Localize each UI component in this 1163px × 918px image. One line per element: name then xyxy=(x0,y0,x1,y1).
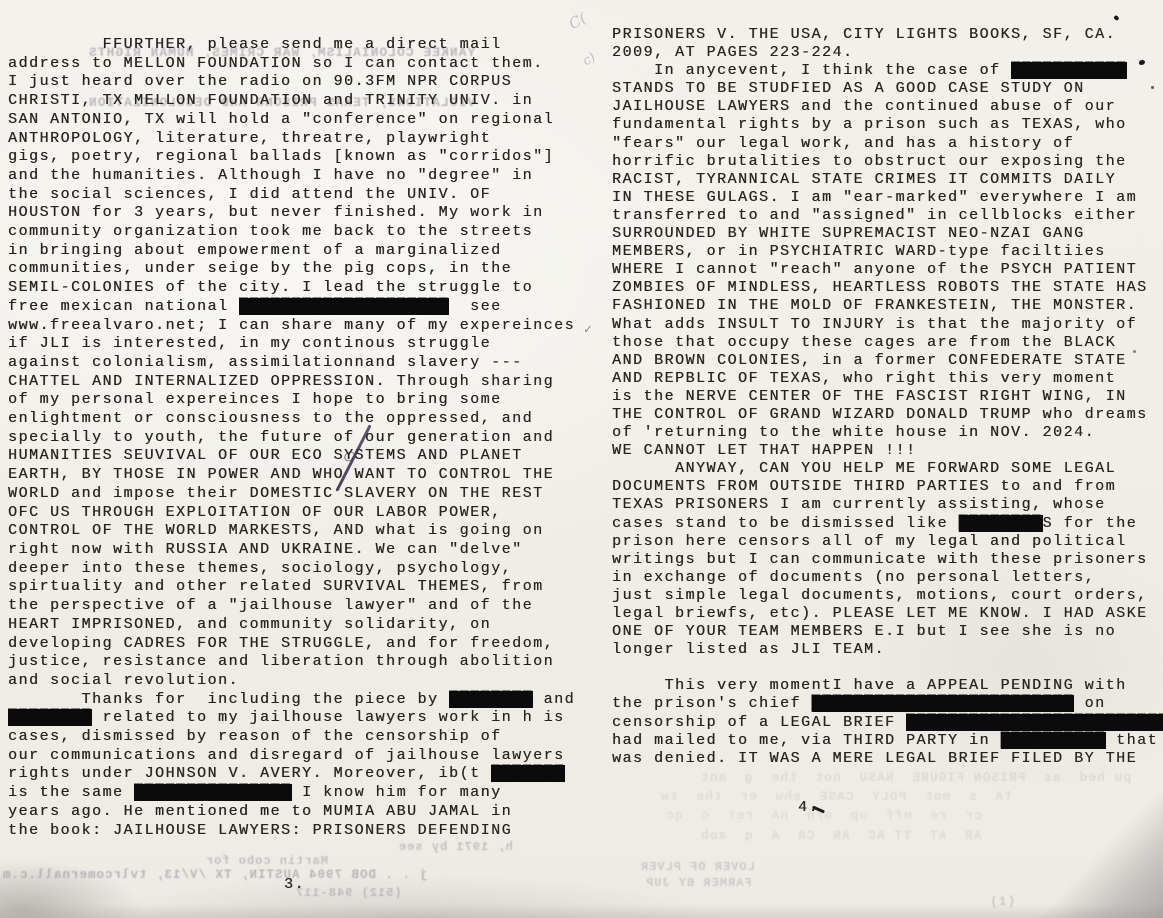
text-line: and social revolution. xyxy=(8,672,575,691)
text-line: rights under JOHNSON V. AVERY. Moreover,… xyxy=(8,765,575,784)
page-4-text-column: PRISONERS V. THE USA, CITY LIGHTS BOOKS,… xyxy=(612,26,1163,768)
text-line: In anycevent, I think the case of ██████… xyxy=(612,62,1163,80)
text-line: EARTH, BY THOSE IN POWER AND WHO WANT TO… xyxy=(8,466,575,485)
text-line: STANDS TO BE STUDFIED AS A GOOD CASE STU… xyxy=(612,80,1163,98)
handwritten-scribble: c) xyxy=(580,50,599,69)
text-line: censorship of a LEGAL BRIEF ████████████… xyxy=(612,714,1163,732)
text-line: transferred to and "assigned" in cellblo… xyxy=(612,207,1163,225)
text-line: WORLD and impose their DOMESTIC SLAVERY … xyxy=(8,485,575,504)
text-line: against colonialism, assimilationnand sl… xyxy=(8,354,575,373)
text-line: SEMIL-COLONIES of the city. I lead the s… xyxy=(8,279,575,298)
text-line: HUMANITIES SEUVIVAL OF OUR ECO SYSTEMS A… xyxy=(8,447,575,466)
text-line: CHATTEL AND INTERNALIZED OPPRESSION. Thr… xyxy=(8,373,575,392)
text-line: specially to youth, the future of our ge… xyxy=(8,429,575,448)
text-line: of my personal expereinces I hope to bri… xyxy=(8,391,575,410)
text-line: CONTROL OF THE WORLD MARKESTS, AND what … xyxy=(8,522,575,541)
text-line: What adds INSULT TO INJURY is that the m… xyxy=(612,316,1163,334)
text-line: This very momentI have a APPEAL PENDING … xyxy=(612,677,1163,695)
text-line: THE CONTROL OF GRAND WIZARD DONALD TRUMP… xyxy=(612,406,1163,424)
text-line: IN THESE GULAGS. I am "ear-marked" every… xyxy=(612,189,1163,207)
text-line: communities, under seige by the pig cops… xyxy=(8,260,575,279)
redaction-bar: ████████ xyxy=(449,691,533,708)
redaction-bar: ████████████████████ xyxy=(239,298,449,315)
text-line: our communications and disregard of jail… xyxy=(8,747,575,766)
bleed-through-fragment: (512) 948-117 xyxy=(295,886,402,900)
redaction-bar: █████████████████████████ xyxy=(812,695,1075,712)
text-line: was denied. IT WAS A MERE LEGAL BRIEF FI… xyxy=(612,750,1163,768)
text-line: WE CANNOT LET THAT HAPPEN !!! xyxy=(612,442,1163,460)
text-line: the prison's chief █████████████████████… xyxy=(612,695,1163,713)
text-line: SURROUNDED BY WHITE SUPREMACIST NEO-NZAI… xyxy=(612,225,1163,243)
text-line: the social sciences, I did attend the UN… xyxy=(8,186,575,205)
text-line: PRISONERS V. THE USA, CITY LIGHTS BOOKS,… xyxy=(612,26,1163,44)
text-line: TEXAS PRISONERS I am currently assisting… xyxy=(612,496,1163,514)
text-line: cases, dismissed by reason of the censor… xyxy=(8,728,575,747)
text-line: gigs, poetry, regional ballads [known as… xyxy=(8,148,575,167)
text-line: "fears" our legal work, and has a histor… xyxy=(612,135,1163,153)
text-line: writings but I can communicate with thes… xyxy=(612,551,1163,569)
text-line: enlightment or consciousness to the oppr… xyxy=(8,410,575,429)
text-line: OFC US THROUGH EXPLOITATION OF OUR LABOR… xyxy=(8,504,575,523)
redaction-bar: ███████████████ xyxy=(134,784,292,801)
text-line: RACIST, TYRANNICAL STATE CRIMES IT COMMI… xyxy=(612,171,1163,189)
text-line: in exchange of documents (no personal le… xyxy=(612,569,1163,587)
text-line: 2009, AT PAGES 223-224. xyxy=(612,44,1163,62)
check-mark: ✓ xyxy=(584,322,592,337)
bleed-through-fragment: j . . DOB 7904 AUSTIN, TX /V/13, tvlrcom… xyxy=(2,868,427,882)
scanned-letter-page: YANKEE COLONIALISM, WAR CRIMES, HUMAN RI… xyxy=(0,0,1163,918)
text-line: SAN ANTONIO, TX will hold a "conference"… xyxy=(8,111,575,130)
redaction-bar: ████████ xyxy=(8,709,92,726)
text-line: ANYWAY, CAN YOU HELP ME FORWARD SOME LEG… xyxy=(612,460,1163,478)
text-line: community organization took me back to t… xyxy=(8,223,575,242)
text-line: MEMBERS, or in PSYCHIATRIC WARD-type fac… xyxy=(612,243,1163,261)
text-line: I just heard over the radio on 90.3FM NP… xyxy=(8,73,575,92)
text-line: FASHIONED IN THE MOLD OF FRANKESTEIN, TH… xyxy=(612,297,1163,315)
text-line: free mexican national ██████████████████… xyxy=(8,298,575,317)
bleed-through-fragment: Martin cobo for xyxy=(205,854,328,868)
text-line: the book: JAILHOUSE LAWYERS: PRISONERS D… xyxy=(8,822,575,841)
text-line: years ago. He mentioned me to MUMIA ABU … xyxy=(8,803,575,822)
handwritten-scribble: C( xyxy=(566,9,590,33)
text-line: ████████ related to my jailhouse lawyers… xyxy=(8,709,575,728)
redaction-bar: ██████████████████████████ xyxy=(906,714,1163,731)
bleed-through-fragment: LOVER OF PLVER xyxy=(640,860,755,874)
text-line: horrific brutalities to obstruct our exp… xyxy=(612,153,1163,171)
bleed-through-fragment: TA s mot POLY CASE ehw er the tw xyxy=(660,789,1012,804)
text-line: JAILHOUSE LAWYERS and the continued abus… xyxy=(612,98,1163,116)
text-line: AND BROWN COLONIES, in a former CONFEDER… xyxy=(612,352,1163,370)
text-line: HEART IMPRISONED, and community solidari… xyxy=(8,616,575,635)
ink-speck xyxy=(1151,86,1154,89)
text-line: those that occupy these cages are from t… xyxy=(612,334,1163,352)
redaction-bar: ███████ xyxy=(491,765,565,782)
text-line: had mailed to me, via THIRD PARTY in ███… xyxy=(612,732,1163,750)
text-line: ANTHROPOLOGY, literature, threatre, play… xyxy=(8,130,575,149)
text-line xyxy=(612,659,1163,677)
text-line: HOUSTON for 3 years, but never finished.… xyxy=(8,204,575,223)
text-line: cases stand to be dismissed like ███████… xyxy=(612,515,1163,533)
scan-bottom-edge-shadow xyxy=(0,904,1163,918)
text-line: of 'returning to the white house in NOV.… xyxy=(612,424,1163,442)
text-line: Thanks for including the piece by ██████… xyxy=(8,691,575,710)
redaction-bar: ████████ xyxy=(959,515,1043,532)
text-line: developing CADRES FOR THE STRUGGLE, and … xyxy=(8,635,575,654)
page-3-text-column: FFURTHER, please send me a direct mailad… xyxy=(8,36,575,840)
text-line: and the humanities. Although I have no "… xyxy=(8,167,575,186)
bleed-through-fragment: FARMER BY JUP xyxy=(645,876,752,890)
bleed-through-fragment: AR AT TT AC AN CA A q aob xyxy=(700,828,982,843)
text-line: DOCUMENTS FROM OUTSIDE THIRD PARTIES to … xyxy=(612,478,1163,496)
ink-speck xyxy=(1113,15,1119,21)
text-line: address to MELLON FOUNDATION so I can co… xyxy=(8,55,575,74)
text-line: fundamental rights by a prison such as T… xyxy=(612,116,1163,134)
redaction-bar: ███████████ xyxy=(1011,62,1127,79)
redaction-bar: ██████████ xyxy=(1001,732,1106,749)
text-line: ONE OF YOUR TEAM MEMBERS E.I but I see s… xyxy=(612,623,1163,641)
text-line: legal briewfs, etc). PLEASE LET ME KNOW.… xyxy=(612,605,1163,623)
text-line: if JLI is interested, in my continous st… xyxy=(8,335,575,354)
text-line: WHERE I cannot "reach" anyone of the PSY… xyxy=(612,261,1163,279)
text-line: spirtuality and other related SURVIVAL T… xyxy=(8,578,575,597)
text-line: in bringing about empowerment of a margi… xyxy=(8,242,575,261)
text-line: FFURTHER, please send me a direct mail xyxy=(8,36,575,55)
text-line: right now with RUSSIA AND UKRAINE. We ca… xyxy=(8,541,575,560)
text-line: longer listed as JLI TEAM. xyxy=(612,641,1163,659)
text-line: the perspective of a "jailhouse lawyer" … xyxy=(8,597,575,616)
page-corner-shadow xyxy=(1013,788,1163,918)
text-line: is the same ███████████████ I know him f… xyxy=(8,784,575,803)
text-line: www.freealvaro.net; I can share many of … xyxy=(8,317,575,336)
bleed-through-fragment: h, 1971 by see xyxy=(398,840,513,854)
text-line: deeper into these themes, sociology, psy… xyxy=(8,560,575,579)
text-line: AND REPBLIC OF TEXAS, who right this ver… xyxy=(612,370,1163,388)
text-line: ZOMBIES OF MINDLESS, HEARTLESS ROBOTS TH… xyxy=(612,279,1163,297)
ink-speck xyxy=(1133,350,1136,353)
bleed-through-fragment: pu hed as PRISON FIGURE NASU not the g a… xyxy=(700,770,1131,785)
text-line: justice, resistance and liberation throu… xyxy=(8,653,575,672)
text-line: prison here censors all of my legal and … xyxy=(612,533,1163,551)
text-line: is the NERVE CENTER OF THE FASCIST RIGHT… xyxy=(612,388,1163,406)
text-line: just simple legal documents, motions, co… xyxy=(612,587,1163,605)
bleed-through-fragment: cr re nff up orn nA ret c qc xyxy=(665,808,982,823)
text-line: CHRISTI, TX MELLON FOUNDATION and TRINIT… xyxy=(8,92,575,111)
